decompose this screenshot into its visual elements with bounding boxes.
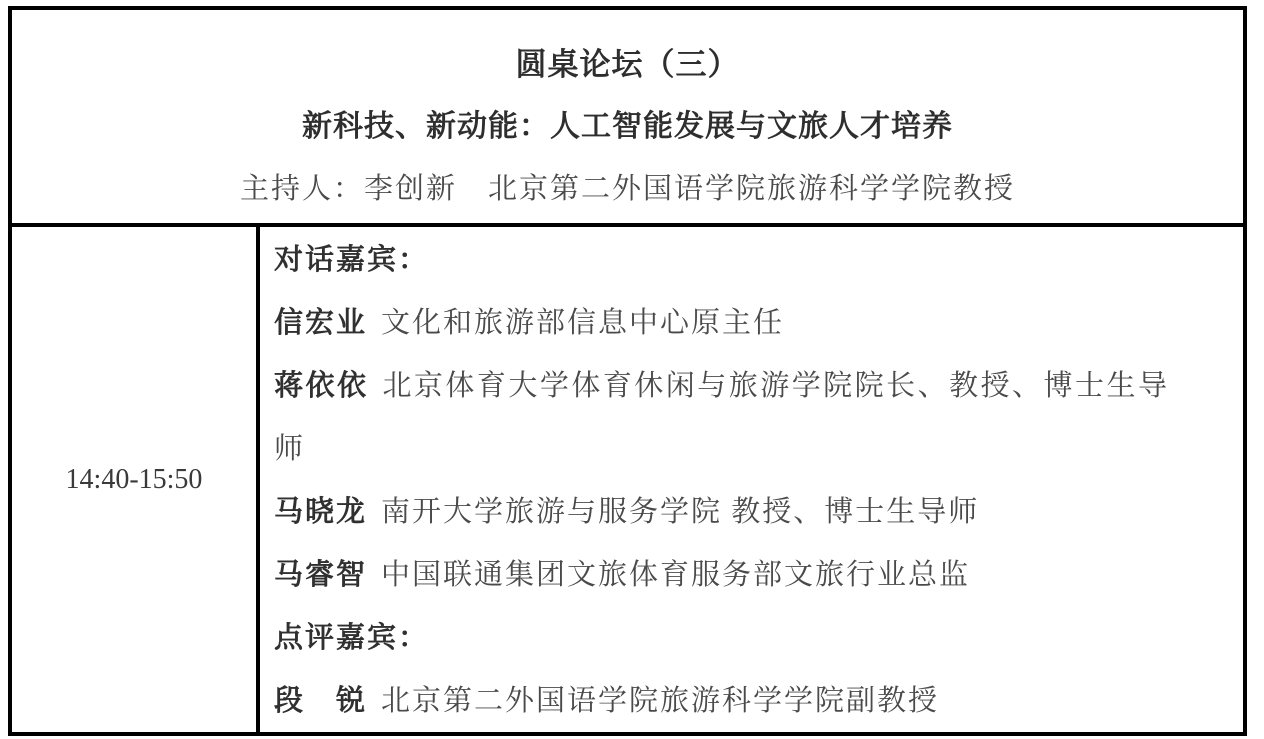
guest-name: 马睿智	[274, 559, 367, 591]
guest-name: 马晓龙	[274, 496, 367, 528]
guest-description: 南开大学旅游与服务学院 教授、博士生导师	[381, 496, 979, 528]
session-row: 14:40-15:50 对话嘉宾：信宏业文化和旅游部信息中心原主任蒋依依北京体育…	[12, 227, 1243, 732]
guest-line: 马睿智中国联通集团文旅体育服务部文旅行业总监	[274, 544, 1169, 607]
guest-line: 信宏业文化和旅游部信息中心原主任	[274, 292, 1169, 355]
guest-name: 段 锐	[274, 685, 367, 717]
guest-group-heading: 点评嘉宾：	[274, 607, 1169, 670]
guest-name: 信宏业	[274, 307, 367, 339]
guest-description: 北京体育大学体育休闲与旅游学院院长、教授、博士生导师	[274, 370, 1169, 465]
guest-name: 蒋依依	[274, 370, 368, 402]
time-cell: 14:40-15:50	[12, 227, 260, 732]
guest-description: 中国联通集团文旅体育服务部文旅行业总监	[381, 559, 970, 591]
session-header: 圆桌论坛（三） 新科技、新动能：人工智能发展与文旅人才培养 主持人：李创新 北京…	[12, 10, 1243, 227]
guest-group-heading: 对话嘉宾：	[274, 229, 1169, 292]
guest-line: 马晓龙南开大学旅游与服务学院 教授、博士生导师	[274, 481, 1169, 544]
guest-description: 北京第二外国语学院旅游科学学院副教授	[381, 685, 939, 717]
guest-line: 段 锐北京第二外国语学院旅游科学学院副教授	[274, 670, 1169, 733]
schedule-table: 圆桌论坛（三） 新科技、新动能：人工智能发展与文旅人才培养 主持人：李创新 北京…	[8, 6, 1247, 736]
guest-list-cell: 对话嘉宾：信宏业文化和旅游部信息中心原主任蒋依依北京体育大学体育休闲与旅游学院院…	[260, 227, 1243, 732]
session-moderator: 主持人：李创新 北京第二外国语学院旅游科学学院教授	[12, 158, 1243, 220]
guest-line: 蒋依依北京体育大学体育休闲与旅游学院院长、教授、博士生导师	[274, 355, 1169, 481]
session-time: 14:40-15:50	[66, 464, 203, 496]
session-subtitle: 新科技、新动能：人工智能发展与文旅人才培养	[12, 96, 1243, 158]
session-title: 圆桌论坛（三）	[12, 34, 1243, 96]
guest-description: 文化和旅游部信息中心原主任	[381, 307, 784, 339]
